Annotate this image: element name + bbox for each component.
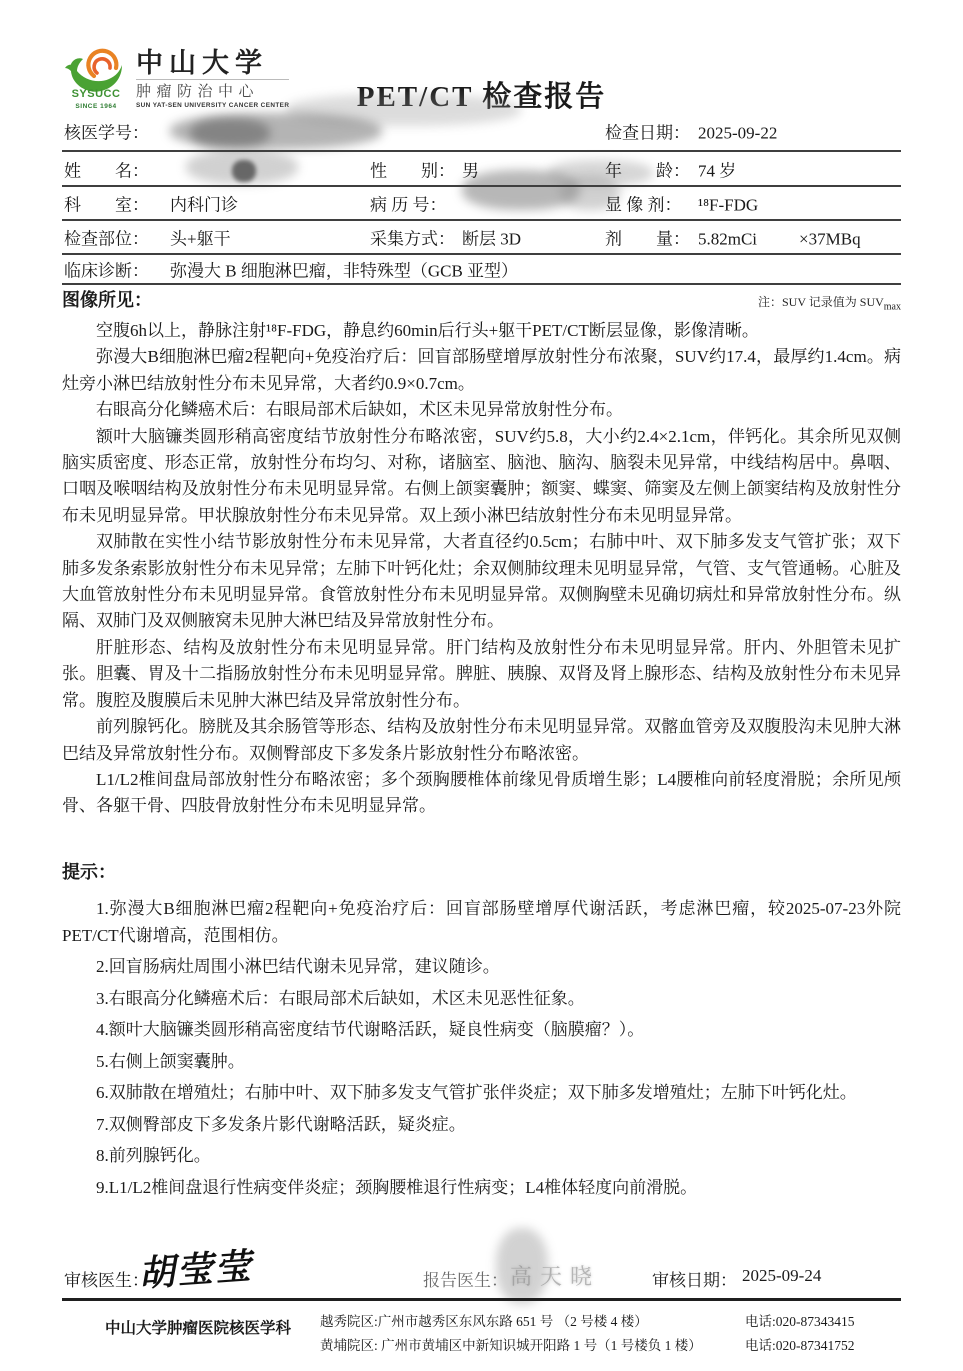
footer-address-huangpu: 黄埔院区: 广州市黄埔区中新知识城开阳路 1 号（1 号楼负 1 楼） <box>320 1334 702 1358</box>
info-row-5: 临床诊断：弥漫大 B 细胞淋巴瘤，非特殊型（GCB 亚型） <box>62 255 901 285</box>
med-id-field: 核医学号： <box>64 119 170 144</box>
reviewer-label: 审核医生： <box>64 1266 149 1291</box>
impression-item: 7.双侧臀部皮下多发条片影代谢略活跃，疑炎症。 <box>62 1112 901 1139</box>
dose-field: 剂 量：5.82mCi×37MBq <box>605 225 861 250</box>
dept-field: 科 室：内科门诊 <box>64 191 238 216</box>
gender-value: 男 <box>462 161 479 180</box>
region-value: 头+躯干 <box>170 230 231 249</box>
findings-heading-row: 图像所见： 注：SUV 记录值为 SUVmax <box>62 286 901 312</box>
tracer-label: 显 像 剂： <box>605 191 698 216</box>
findings-heading: 图像所见： <box>62 286 152 312</box>
footer-phone-1: 电话:020-87343415 <box>745 1310 855 1334</box>
findings-paragraph: 弥漫大B细胞淋巴瘤2程靶向+免疫治疗后：回盲部肠壁增厚放射性分布浓聚，SUV约1… <box>62 344 901 397</box>
patient-info-table: 核医学号： 检查日期：2025-09-22 姓 名： 性 别：男 年 龄：74 … <box>62 112 901 285</box>
acquisition-value: 断层 3D <box>462 230 521 249</box>
info-row-1: 核医学号： 检查日期：2025-09-22 <box>62 112 901 152</box>
findings-paragraph: 前列腺钙化。膀胱及其余肠管等形态、结构及放射性分布未见明显异常。双髂血管旁及双腹… <box>62 714 901 767</box>
findings-paragraph: 双肺散在实性小结节影放射性分布未见异常，大者直径约0.5cm；右肺中叶、双下肺多… <box>62 529 901 635</box>
gender-field: 性 别：男 <box>370 156 479 181</box>
diagnosis-field: 临床诊断：弥漫大 B 细胞淋巴瘤，非特殊型（GCB 亚型） <box>64 257 518 282</box>
tracer-value: ¹⁸F-FDG <box>698 196 758 215</box>
suv-note: 注：SUV 记录值为 SUVmax <box>758 293 901 312</box>
footer-dept-name: 中山大学肿瘤医院核医学科 <box>105 1316 291 1338</box>
med-id-label: 核医学号： <box>64 119 170 144</box>
dept-label: 科 室： <box>64 191 170 216</box>
impression-item: 2.回盲肠病灶周围小淋巴结代谢未见异常，建议随诊。 <box>62 954 901 981</box>
findings-paragraph: L1/L2椎间盘局部放射性分布略浓密；多个颈胸腰椎体前缘见骨质增生影；L4腰椎向… <box>62 767 901 820</box>
acquisition-label: 采集方式： <box>370 225 462 250</box>
diagnosis-label: 临床诊断： <box>64 257 170 282</box>
findings-paragraph: 额叶大脑镰类圆形稍高密度结节放射性分布略浓密，SUV约5.8，大小约2.4×2.… <box>62 424 901 530</box>
region-field: 检查部位：头+躯干 <box>64 225 231 250</box>
redaction-reporter <box>496 1228 548 1304</box>
suv-note-sub: max <box>884 301 901 312</box>
petct-report-page: SYSUCC SINCE 1964 中山大学 肿瘤防治中心 SUN YAT-SE… <box>0 0 963 1371</box>
region-label: 检查部位： <box>64 225 170 250</box>
footer-phone-2: 电话:020-87341752 <box>745 1334 855 1358</box>
impression-item: 9.L1/L2椎间盘退行性病变伴炎症；颈胸腰椎退行性病变；L4椎体轻度向前滑脱。 <box>62 1175 901 1202</box>
impression-heading: 提示： <box>62 858 901 884</box>
findings-paragraph: 空腹6h以上，静脉注射¹⁸F-FDG，静息约60min后行头+躯干PET/CT断… <box>62 318 901 344</box>
record-no-field: 病 历 号： <box>370 191 462 216</box>
footer-addresses: 越秀院区:广州市越秀区东风东路 651 号 （2 号楼 4 楼） 黄埔院区: 广… <box>320 1310 702 1358</box>
footer-divider-line <box>62 1298 901 1301</box>
acquisition-field: 采集方式：断层 3D <box>370 225 521 250</box>
dose-value: 5.82mCi <box>698 230 757 249</box>
findings-body: 空腹6h以上，静脉注射¹⁸F-FDG，静息约60min后行头+躯干PET/CT断… <box>62 318 901 820</box>
gender-label: 性 别： <box>370 156 462 181</box>
impression-item: 3.右眼高分化鳞癌术后：右眼局部术后缺如，术区未见恶性征象。 <box>62 986 901 1013</box>
reviewer-signature: 胡莹莹 <box>138 1238 261 1298</box>
impression-item: 5.右侧上颌窦囊肿。 <box>62 1049 901 1076</box>
record-no-label: 病 历 号： <box>370 191 462 216</box>
impression-item: 4.额叶大脑镰类圆形稍高密度结节代谢略活跃，疑良性病变（脑膜瘤？）。 <box>62 1017 901 1044</box>
signoff-row: 审核医生： 胡莹莹 报告医生： 高天晓 审核日期： 2025-09-24 <box>62 1248 901 1298</box>
impression-section: 提示： 1.弥漫大B细胞淋巴瘤2程靶向+免疫治疗后：回盲部肠壁增厚代谢活跃，考虑… <box>62 858 901 1206</box>
exam-date-field: 检查日期：2025-09-22 <box>605 119 777 144</box>
findings-section: 图像所见： 注：SUV 记录值为 SUVmax 空腹6h以上，静脉注射¹⁸F-F… <box>62 286 901 820</box>
dose-activity-value: ×37MBq <box>799 230 861 249</box>
findings-paragraph: 右眼高分化鳞癌术后：右眼局部术后缺如，术区未见异常放射性分布。 <box>62 397 901 423</box>
name-label: 姓 名： <box>64 156 170 181</box>
footer-address-yuexiu: 越秀院区:广州市越秀区东风东路 651 号 （2 号楼 4 楼） <box>320 1310 702 1334</box>
footer-phones: 电话:020-87343415 电话:020-87341752 <box>745 1310 855 1358</box>
diagnosis-value: 弥漫大 B 细胞淋巴瘤，非特殊型（GCB 亚型） <box>170 262 518 281</box>
age-field: 年 龄：74 岁 <box>605 156 736 181</box>
exam-date-value: 2025-09-22 <box>698 124 777 143</box>
age-value: 74 岁 <box>698 161 736 180</box>
name-field: 姓 名： <box>64 156 170 181</box>
dose-label: 剂 量： <box>605 225 698 250</box>
impression-item: 8.前列腺钙化。 <box>62 1143 901 1170</box>
tracer-field: 显 像 剂：¹⁸F-FDG <box>605 191 758 216</box>
review-date-value: 2025-09-24 <box>742 1266 821 1286</box>
info-row-2: 姓 名： 性 别：男 年 龄：74 岁 <box>62 152 901 187</box>
dept-value: 内科门诊 <box>170 196 238 215</box>
impression-item: 6.双肺散在增殖灶；右肺中叶、双下肺多发支气管扩张伴炎症；双下肺多发增殖灶；左肺… <box>62 1080 901 1107</box>
suv-note-text: 注：SUV 记录值为 SUV <box>758 295 884 309</box>
review-date-label: 审核日期： <box>652 1266 737 1291</box>
impression-item: 1.弥漫大B细胞淋巴瘤2程靶向+免疫治疗后：回盲部肠壁增厚代谢活跃，考虑淋巴瘤，… <box>62 896 901 949</box>
info-row-3: 科 室：内科门诊 病 历 号： 显 像 剂：¹⁸F-FDG <box>62 187 901 221</box>
exam-date-label: 检查日期： <box>605 119 698 144</box>
findings-paragraph: 肝脏形态、结构及放射性分布未见明显异常。肝门结构及放射性分布未见明显异常。肝内、… <box>62 635 901 714</box>
age-label: 年 龄： <box>605 156 698 181</box>
info-row-4: 检查部位：头+躯干 采集方式：断层 3D 剂 量：5.82mCi×37MBq <box>62 221 901 255</box>
